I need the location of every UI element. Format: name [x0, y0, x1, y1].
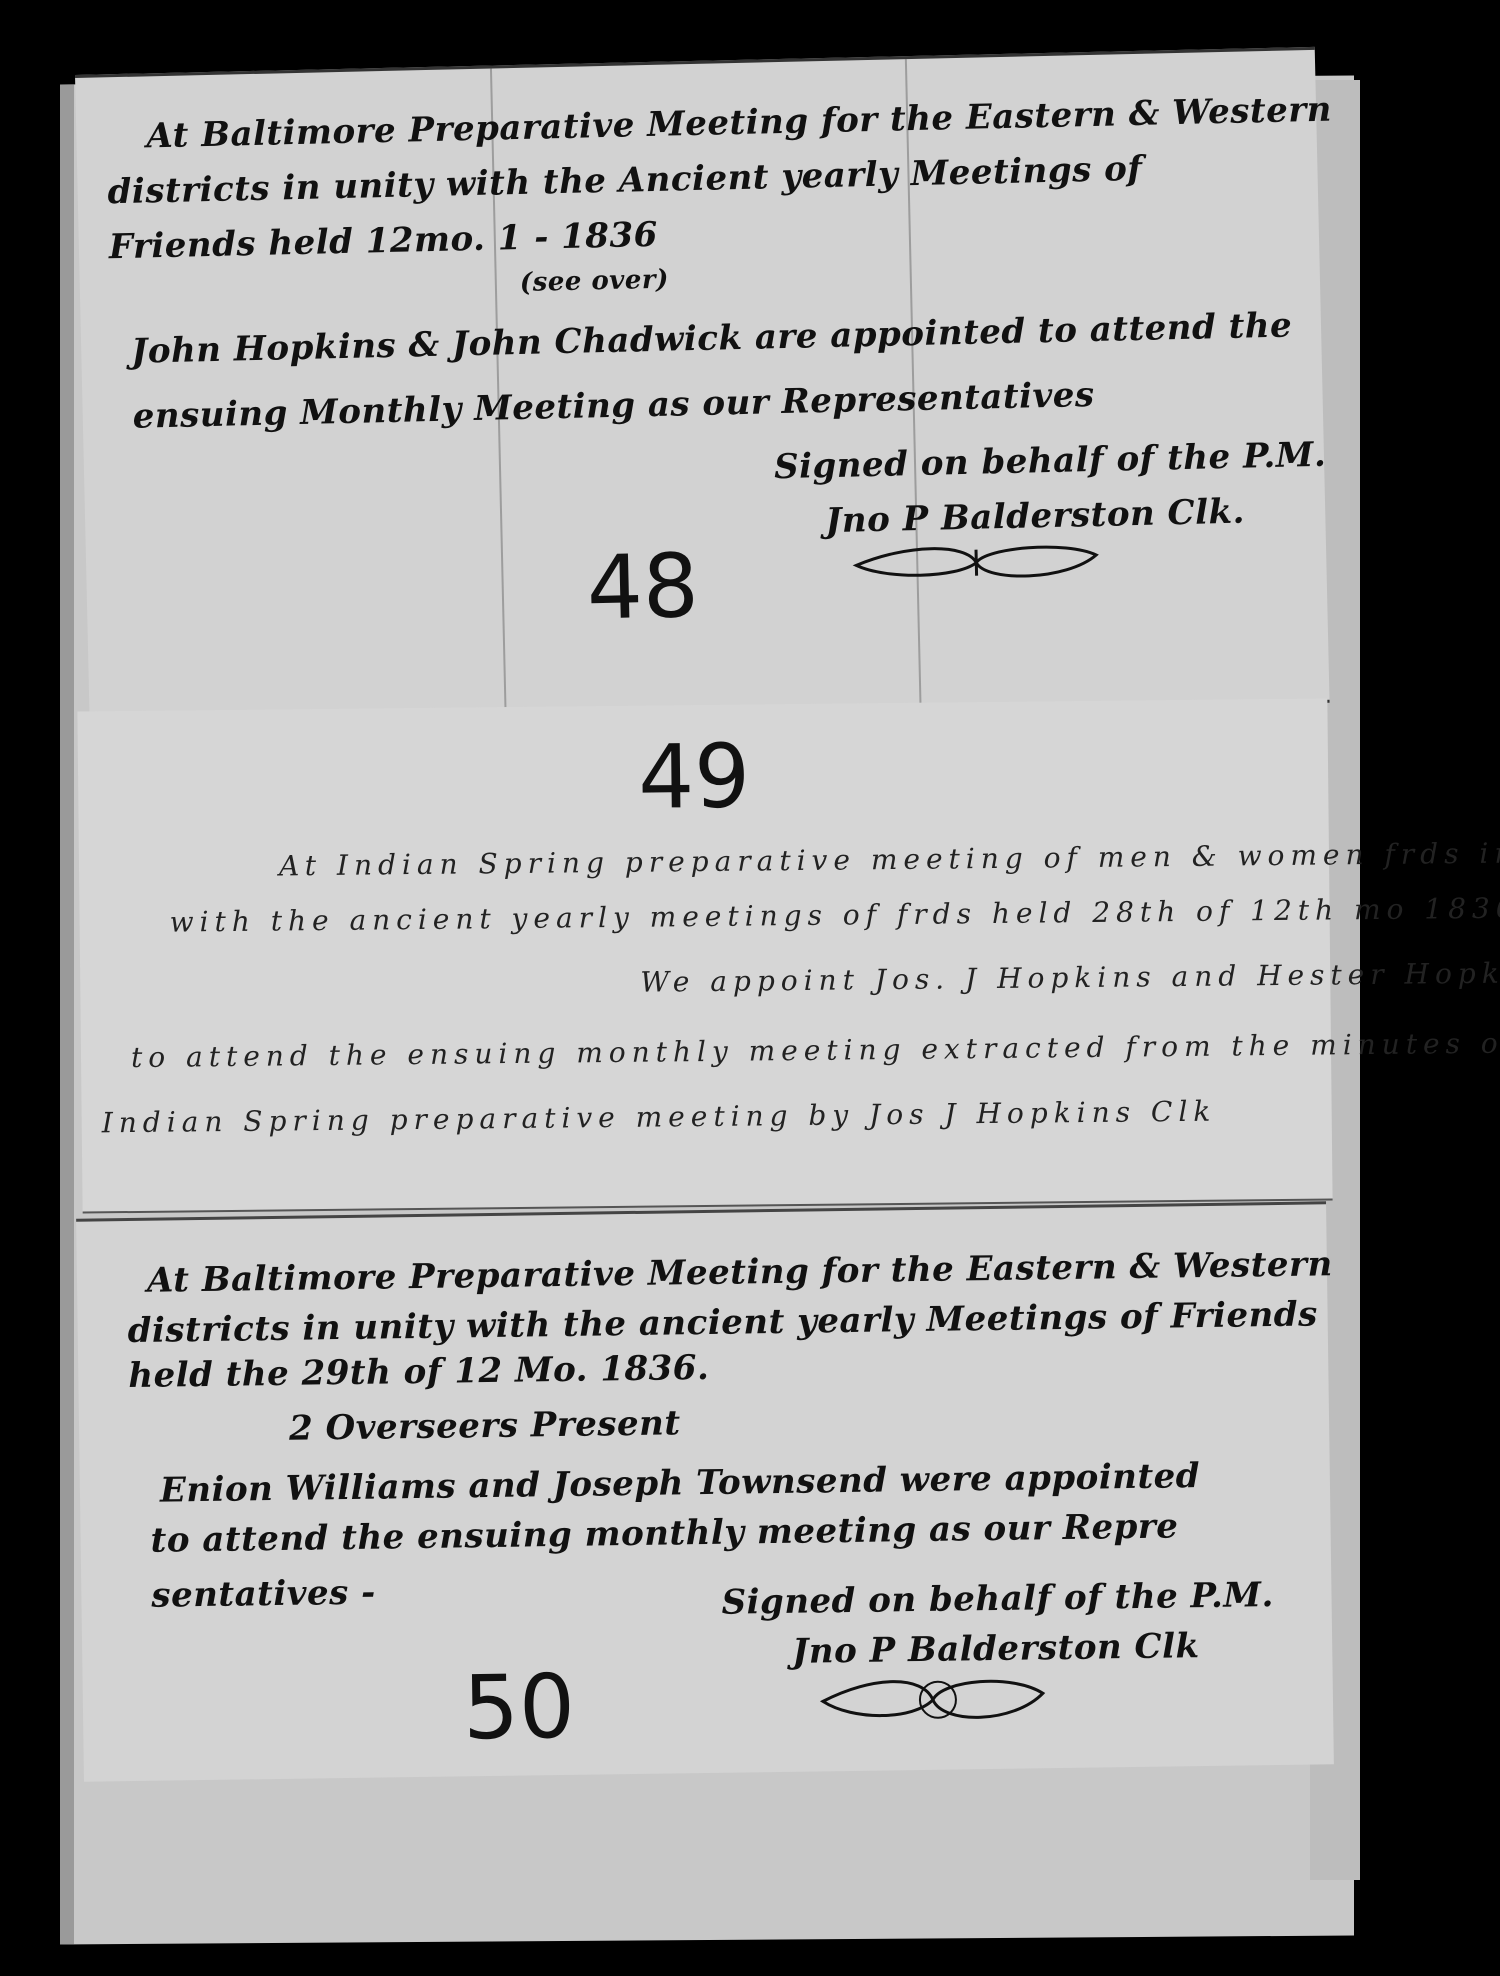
minute-line: to attend the ensuing monthly meeting ex…	[131, 1026, 1500, 1074]
signature-flourish-icon	[813, 1668, 1054, 1731]
minute-slip-48: At Baltimore Preparative Meeting for the…	[75, 47, 1330, 731]
minute-line: At Baltimore Preparative Meeting for the…	[146, 89, 1332, 156]
clerk-signature: Jno P Balderston Clk.	[825, 492, 1245, 542]
page-number: 50	[462, 1655, 575, 1760]
minute-line: We appoint Jos. J Hopkins and Hester Hop…	[640, 956, 1500, 999]
page-number: 49	[638, 725, 751, 829]
minute-line: At Baltimore Preparative Meeting for the…	[147, 1244, 1333, 1301]
minute-slip-50: At Baltimore Preparative Meeting for the…	[76, 1201, 1334, 1781]
signature-line: Signed on behalf of the P.M.	[774, 435, 1327, 488]
signature-flourish-icon	[846, 535, 1107, 591]
page-number: 48	[586, 534, 700, 640]
attendance-note: 2 Overseers Present	[289, 1403, 681, 1448]
minute-line: John Hopkins & John Chadwick are appoint…	[131, 305, 1293, 371]
minute-slip-49: 49 At Indian Spring preparative meeting …	[77, 698, 1332, 1213]
minute-line: At Indian Spring preparative meeting of …	[279, 835, 1500, 882]
minute-line: Friends held 12mo. 1 - 1836	[108, 215, 658, 267]
minute-line: with the ancient yearly meetings of frds…	[169, 891, 1500, 938]
minute-line: ensuing Monthly Meeting as our Represent…	[132, 375, 1095, 437]
minute-line: Indian Spring preparative meeting by Jos…	[102, 1095, 1217, 1140]
minute-line: districts in unity with the Ancient year…	[107, 149, 1143, 212]
minute-line: to attend the ensuing monthly meeting as…	[150, 1506, 1178, 1560]
minute-line: Enion Williams and Joseph Townsend were …	[160, 1456, 1201, 1511]
clerk-signature: Jno P Balderston Clk	[792, 1626, 1200, 1672]
see-over-note: (see over)	[519, 265, 669, 298]
minute-line: held the 29th of 12 Mo. 1836.	[128, 1348, 710, 1396]
minute-line: districts in unity with the ancient year…	[127, 1294, 1318, 1351]
minute-line: sentatives -	[151, 1573, 376, 1616]
signature-line: Signed on behalf of the P.M.	[721, 1575, 1274, 1623]
